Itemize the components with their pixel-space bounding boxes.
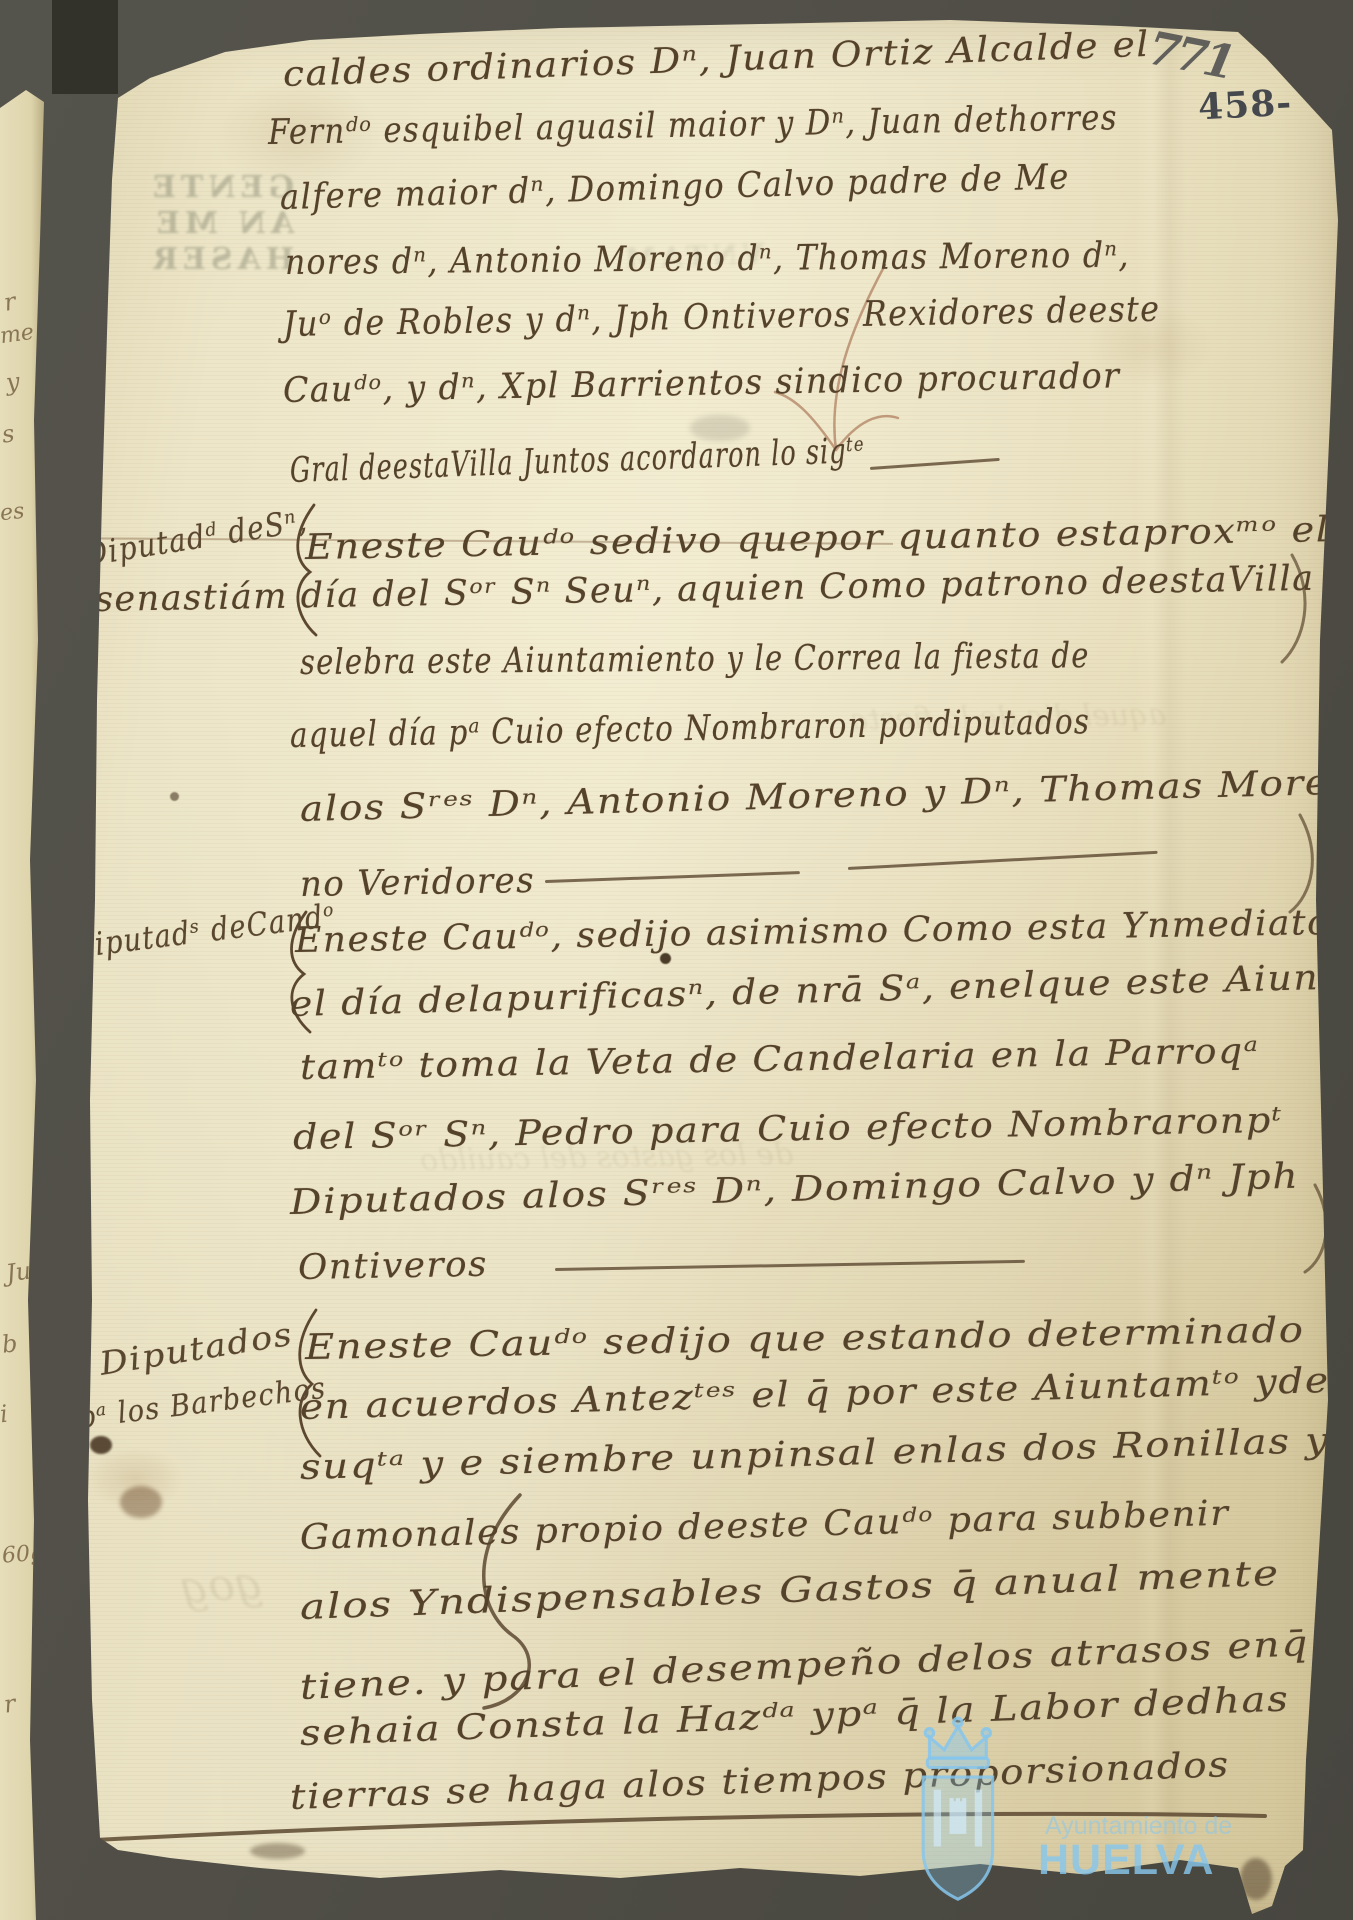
facing-page-fragment: r (2, 287, 18, 317)
facing-page-fragment: y (5, 367, 21, 396)
facing-page-fragment: es (0, 499, 26, 526)
facing-page-fragment: s (0, 419, 16, 448)
facing-page-edge: rmeysesJubi60gr (0, 0, 52, 1920)
facing-page-fragment: r (2, 1689, 17, 1718)
facing-page-fragment: Ju (4, 1256, 33, 1287)
manuscript-page: GENTEAN MEHASER caldes ordinarios Dⁿ, Ju… (0, 0, 1353, 1920)
facing-page-fragment: b (1, 1329, 19, 1358)
ink-annotation-ta: ta (1265, 25, 1292, 55)
facing-page-fragment: i (0, 1400, 9, 1429)
facing-page-fragment: 60g (1, 1540, 45, 1569)
scanner-background-notch (52, 0, 118, 94)
manuscript-scan: rmeysesJubi60gr GENTEAN MEHASER (0, 0, 1353, 1920)
facing-page-fragment: me (0, 320, 35, 349)
ink-annotation-m: m. (1290, 56, 1325, 89)
torn-paper-tab (36, 293, 64, 318)
page-edge-shading (0, 0, 1353, 1920)
